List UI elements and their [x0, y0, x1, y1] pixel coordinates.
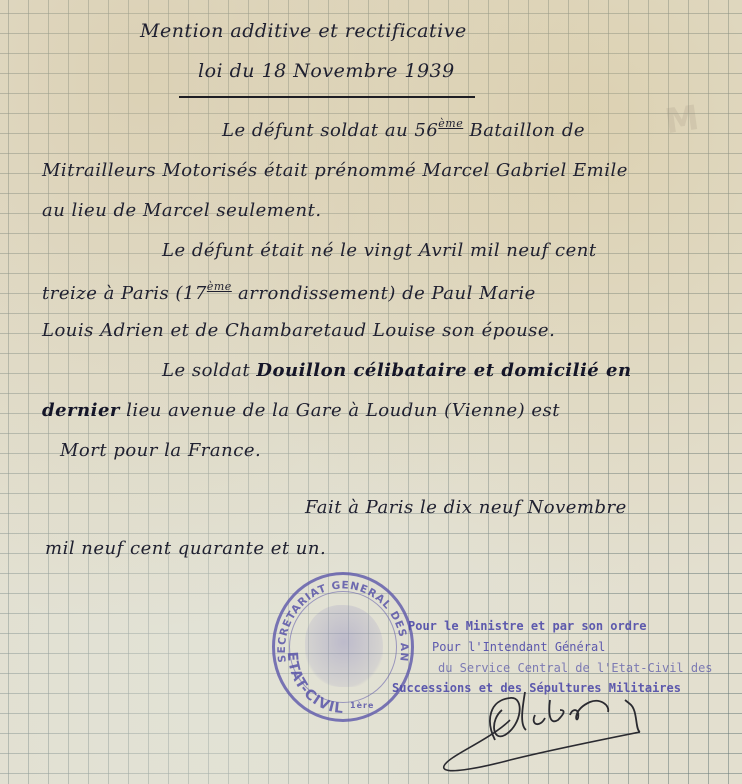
text: arrondissement) de Paul Marie — [232, 283, 536, 304]
bold-text: dernier — [42, 400, 120, 421]
svg-text:ETAT-CIVIL: ETAT-CIVIL — [284, 651, 345, 717]
paragraph-3-line-2: dernier lieu avenue de la Gare à Loudun … — [42, 400, 560, 421]
seal-top-text: SECRETARIAT GENERAL DES ANCIENS COMBATTA… — [272, 572, 410, 663]
handwritten-signature — [430, 680, 710, 780]
paragraph-1-line-3: au lieu de Marcel seulement. — [42, 200, 322, 221]
faded-margin-stamp: M — [662, 98, 701, 142]
text: Le soldat — [162, 360, 256, 381]
closing-line-2: mil neuf cent quarante et un. — [45, 538, 326, 559]
paragraph-3-line-1: Le soldat Douillon célibataire et domici… — [162, 360, 632, 381]
paragraph-2-line-1: Le défunt était né le vingt Avril mil ne… — [162, 240, 597, 261]
authority-line-3: du Service Central de l'Etat-Civil des — [438, 661, 713, 675]
paragraph-2-line-2: treize à Paris (17ème arrondissement) de… — [42, 280, 536, 304]
seal-ring-text: SECRETARIAT GENERAL DES ANCIENS COMBATTA… — [272, 572, 414, 722]
text: lieu avenue de la Gare à Loudun (Vienne)… — [120, 400, 560, 421]
document-title: Mention additive et rectificative — [140, 20, 467, 42]
paragraph-1-line-1: Le défunt soldat au 56ème Bataillon de — [222, 117, 585, 141]
text: Le défunt soldat au 56 — [222, 120, 438, 141]
text: treize à Paris (17 — [42, 283, 207, 304]
closing-line-1: Fait à Paris le dix neuf Novembre — [305, 497, 627, 518]
paragraph-2-line-3: Louis Adrien et de Chambaretaud Louise s… — [42, 320, 555, 341]
ordinal-superscript: ème — [207, 280, 232, 293]
seal-small-text: 1ère — [350, 700, 374, 710]
ordinal-superscript: ème — [438, 117, 463, 130]
official-seal-stamp: SECRETARIAT GENERAL DES ANCIENS COMBATTA… — [272, 572, 414, 722]
paragraph-3-line-3: Mort pour la France. — [60, 440, 261, 461]
text: Bataillon de — [463, 120, 585, 141]
document-subtitle: loi du 18 Novembre 1939 — [198, 60, 455, 82]
seal-bottom-text: ETAT-CIVIL — [284, 651, 345, 717]
authority-line-2: Pour l'Intendant Général — [432, 640, 605, 654]
bold-text: Douillon célibataire et domicilié en — [256, 360, 631, 381]
paragraph-1-line-2: Mitrailleurs Motorisés était prénommé Ma… — [42, 160, 628, 181]
svg-text:SECRETARIAT GENERAL DES ANCIEN: SECRETARIAT GENERAL DES ANCIENS COMBATTA… — [272, 572, 410, 663]
title-underline — [179, 96, 475, 98]
authority-line-1: Pour le Ministre et par son ordre — [408, 619, 646, 633]
